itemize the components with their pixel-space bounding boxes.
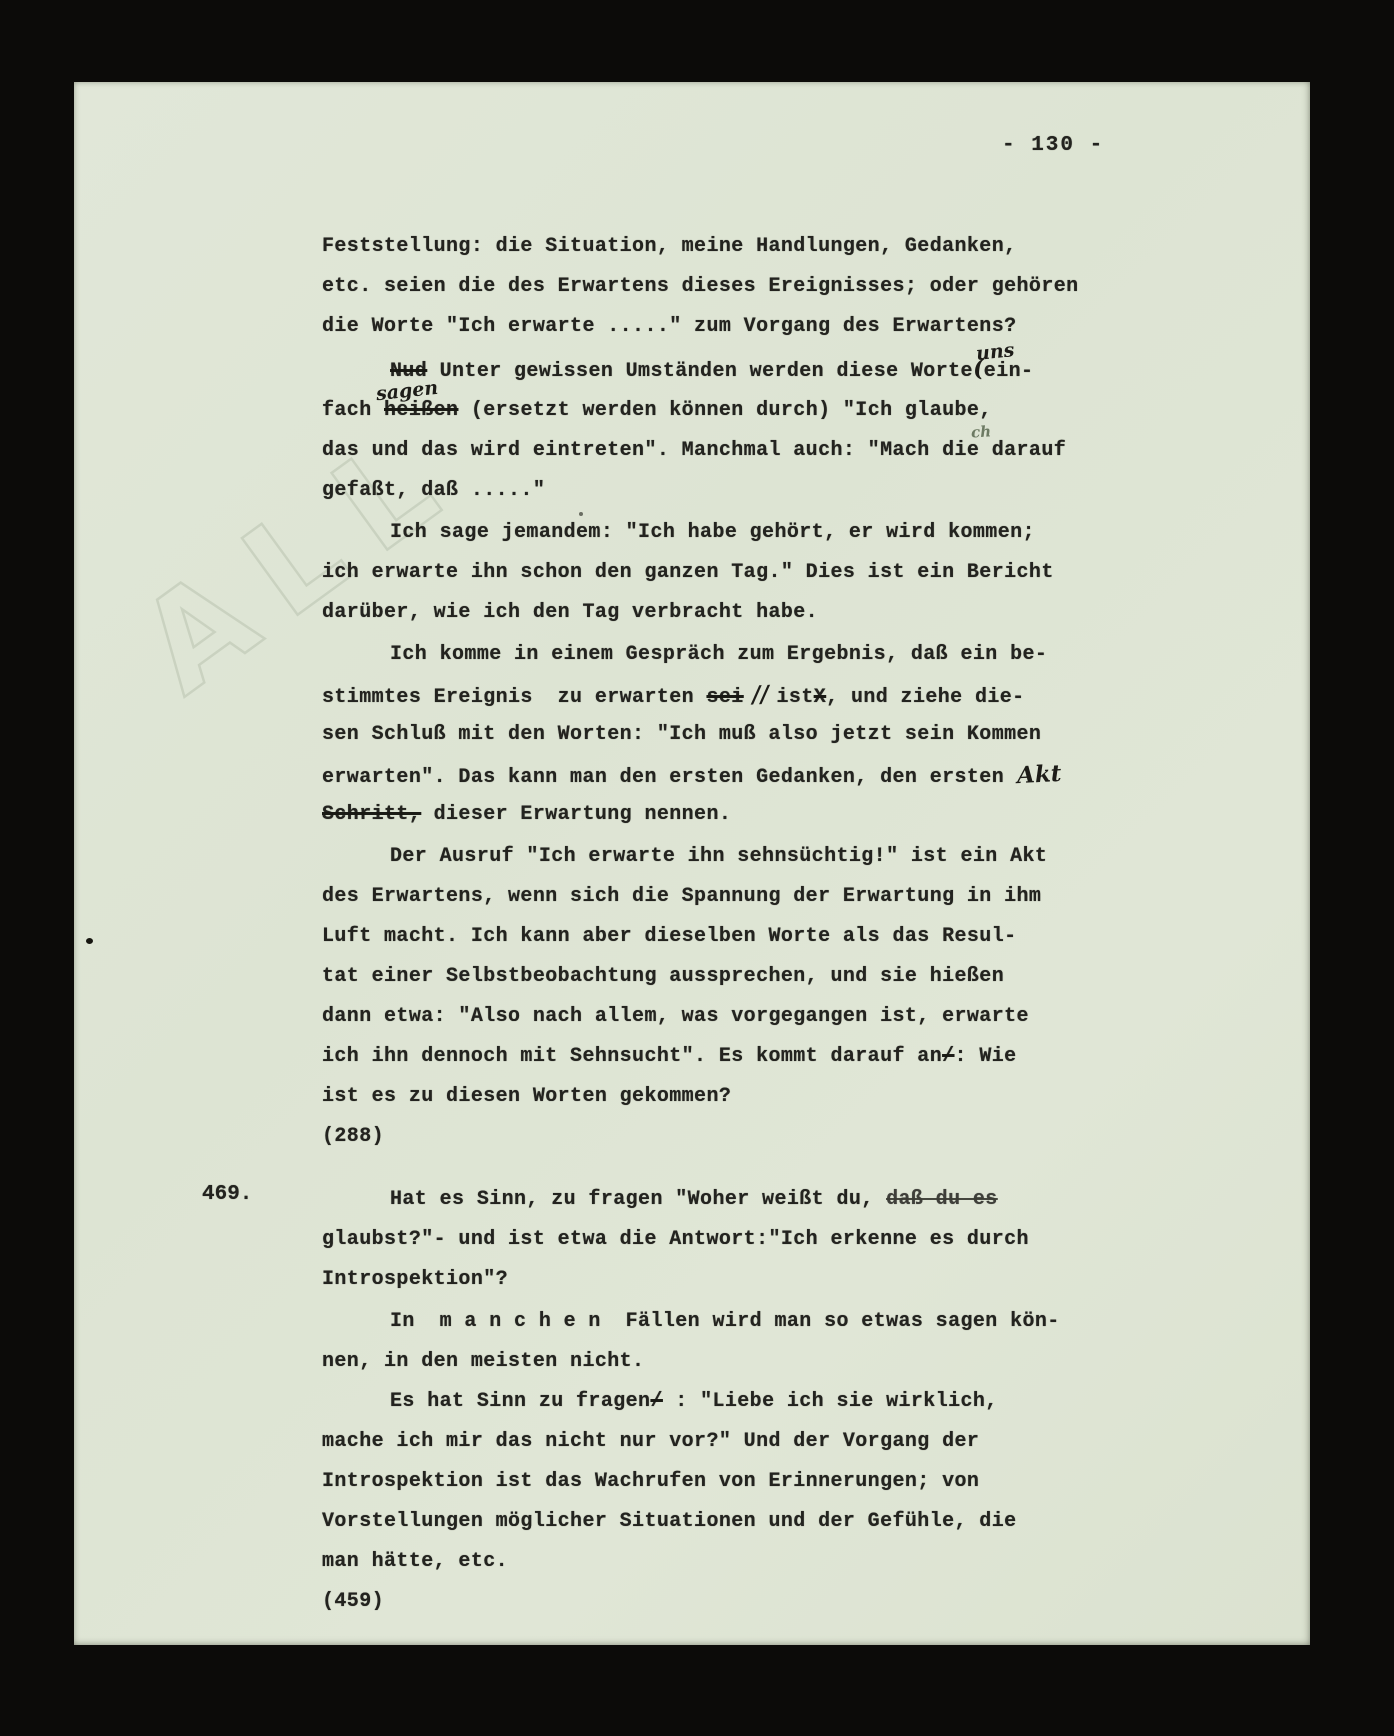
typed-text: des Erwartens, wenn sich die Spannung de… [322, 885, 1041, 908]
typescript-line: nen, in den meisten nicht. [322, 1347, 644, 1377]
handwritten-insertion: sagen [375, 372, 440, 408]
typed-text: das und das wird eintreten". Manchmal au… [322, 439, 967, 462]
handwritten-text: // [743, 679, 777, 711]
scanned-typescript-screenshot: { "page": { "number_label": "- 130 -", "… [0, 0, 1394, 1736]
typescript-line: ist es zu diesen Worten gekommen? [322, 1082, 731, 1112]
typed-text: (ersetzt werden können durch) "Ich glaub… [458, 399, 991, 422]
typed-text: Feststellung: die Situation, meine Handl… [322, 235, 1017, 258]
typescript-line: die Worte "Ich erwarte ....." zum Vorgan… [322, 312, 1017, 342]
typed-text: In m a n c h e n Fällen wird man so etwa… [390, 1310, 1060, 1333]
paper-speck [579, 512, 583, 516]
typed-text: ich ihn dennoch mit Sehnsucht". Es kommt… [322, 1045, 942, 1068]
typed-text: erwarten". Das kann man den ersten Gedan… [322, 766, 1017, 789]
typed-text: ist es zu diesen Worten gekommen? [322, 1085, 731, 1108]
typescript-line: man hätte, etc. [322, 1547, 508, 1577]
struck-through-text: X [814, 686, 826, 709]
typed-text: ich erwarte ihn schon den ganzen Tag." D… [322, 561, 1054, 584]
typescript-line: ich erwarte ihn schon den ganzen Tag." D… [322, 558, 1054, 588]
typed-text: Unter gewissen Umständen werden diese Wo… [427, 360, 973, 383]
typescript-line: gefaßt, daß ....." [322, 476, 545, 506]
typescript-line: sen Schluß mit den Worten: "Ich muß also… [322, 720, 1041, 750]
typed-text: , und ziehe die- [826, 686, 1024, 709]
typed-text: Ich sage jemandem: "Ich habe gehört, er … [390, 521, 1035, 544]
typescript-line: In m a n c h e n Fällen wird man so etwa… [390, 1307, 1060, 1337]
typescript-line: (288) [322, 1122, 384, 1152]
struck-through-text: / [942, 1045, 954, 1068]
typescript-line: Luft macht. Ich kann aber dieselben Wort… [322, 922, 1017, 952]
typescript-line: etc. seien die des Erwartens dieses Erei… [322, 272, 1079, 302]
typed-text: (288) [322, 1125, 384, 1148]
typescript-line: das und das wird eintreten". Manchmal au… [322, 436, 1066, 466]
ink-speck [86, 938, 93, 944]
struck-through-text: / [650, 1390, 662, 1413]
typescript-line: Nud Unter gewissen Umständen werden dies… [390, 354, 1033, 387]
typescript-line: mache ich mir das nicht nur vor?" Und de… [322, 1427, 979, 1457]
typescript-line: darüber, wie ich den Tag verbracht habe. [322, 598, 818, 628]
typed-text: fach [322, 399, 384, 422]
typescript-line: Es hat Sinn zu fragen/ : "Liebe ich sie … [390, 1387, 998, 1417]
typed-text: (459) [322, 1590, 384, 1613]
typed-text: tat einer Selbstbeobachtung aussprechen,… [322, 965, 1004, 988]
typescript-line: stimmtes Ereignis zu erwarten sei // ist… [322, 680, 1025, 713]
typed-text: Der Ausruf "Ich erwarte ihn sehnsüchtig!… [390, 845, 1047, 868]
typed-text: : "Liebe ich sie wirklich, [663, 1390, 998, 1413]
typescript-line: tat einer Selbstbeobachtung aussprechen,… [322, 962, 1004, 992]
handwritten-insertion: ch [970, 417, 992, 448]
typed-text: Hat es Sinn, zu fragen "Woher weißt du, [390, 1188, 886, 1211]
typescript-line: Ich komme in einem Gespräch zum Ergebnis… [390, 640, 1047, 670]
typed-text: die Worte "Ich erwarte ....." zum Vorgan… [322, 315, 1017, 338]
typescript-line: glaubst?"- und ist etwa die Antwort:"Ich… [322, 1225, 1029, 1255]
typed-text: Es hat Sinn zu fragen [390, 1390, 650, 1413]
typescript-page: ALL - 130 - 469. Feststellung: die Situa… [74, 82, 1310, 1645]
typed-text: Introspektion"? [322, 1268, 508, 1291]
typed-text: darauf [979, 439, 1066, 462]
typescript-line: Der Ausruf "Ich erwarte ihn sehnsüchtig!… [390, 842, 1047, 872]
typed-text: sen Schluß mit den Worten: "Ich muß also… [322, 723, 1041, 746]
struck-through-text: Schritt, [322, 803, 421, 826]
struck-through-text: sei [706, 686, 743, 709]
typescript-line: des Erwartens, wenn sich die Spannung de… [322, 882, 1041, 912]
typed-text: : Wie [955, 1045, 1017, 1068]
typescript-line: Hat es Sinn, zu fragen "Woher weißt du, … [390, 1185, 998, 1215]
typescript-line: Schritt, dieser Erwartung nennen. [322, 800, 731, 830]
lightly-struck-text: daß du es [886, 1188, 998, 1211]
handwritten-text: Akt [1016, 759, 1062, 791]
typed-text: Introspektion ist das Wachrufen von Erin… [322, 1470, 979, 1493]
page-number: - 130 - [1002, 134, 1104, 157]
typed-text: Ich komme in einem Gespräch zum Ergebnis… [390, 643, 1047, 666]
typescript-line: Feststellung: die Situation, meine Handl… [322, 232, 1017, 262]
typed-text: gefaßt, daß ....." [322, 479, 545, 502]
handwritten-insertion: uns [974, 335, 1015, 369]
typescript-line: Ich sage jemandem: "Ich habe gehört, er … [390, 518, 1035, 548]
typed-text: man hätte, etc. [322, 1550, 508, 1573]
typed-text: mache ich mir das nicht nur vor?" Und de… [322, 1430, 979, 1453]
remark-number-469: 469. [202, 1183, 252, 1206]
typed-text: nen, in den meisten nicht. [322, 1350, 644, 1373]
typed-text: Luft macht. Ich kann aber dieselben Wort… [322, 925, 1017, 948]
typed-text: darüber, wie ich den Tag verbracht habe. [322, 601, 818, 624]
typed-text: stimmtes Ereignis zu erwarten [322, 686, 706, 709]
typescript-line: Introspektion"? [322, 1265, 508, 1295]
typescript-line: ich ihn dennoch mit Sehnsucht". Es kommt… [322, 1042, 1017, 1072]
typed-text: glaubst?"- und ist etwa die Antwort:"Ich… [322, 1228, 1029, 1251]
typed-text: dann etwa: "Also nach allem, was vorgega… [322, 1005, 1029, 1028]
typescript-line: erwarten". Das kann man den ersten Gedan… [322, 760, 1061, 793]
typescript-line: dann etwa: "Also nach allem, was vorgega… [322, 1002, 1029, 1032]
typescript-line: fach sagenheißen (ersetzt werden können … [322, 396, 992, 426]
typed-text: dieser Erwartung nennen. [421, 803, 731, 826]
typed-text: Vorstellungen möglicher Situationen und … [322, 1510, 1017, 1533]
typescript-line: (459) [322, 1587, 384, 1617]
typescript-line: Introspektion ist das Wachrufen von Erin… [322, 1467, 979, 1497]
typed-text: etc. seien die des Erwartens dieses Erei… [322, 275, 1079, 298]
typed-text: ist [777, 686, 814, 709]
typescript-line: Vorstellungen möglicher Situationen und … [322, 1507, 1017, 1537]
